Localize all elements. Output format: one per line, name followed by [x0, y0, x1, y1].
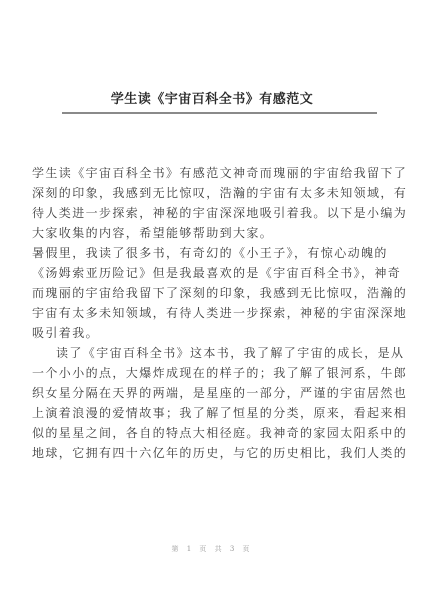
text-line: 读了《宇宙百科全书》这本书，我了解了宇宙的成长，是从 [32, 343, 382, 363]
document-title: 学生读《宇宙百科全书》有感范文 [0, 88, 424, 107]
document-body: 学生读《宇宙百科全书》有感范文神奇而瑰丽的宇宙给我留下了 深刻的印象，我感到无比… [32, 163, 382, 463]
text-line: 深刻的印象，我感到无比惊叹，浩瀚的宇宙有太多未知领域，有 [32, 183, 382, 203]
text-line: 似的星星之间，各自的特点大相径庭。我神奇的家园太阳系中的 [32, 423, 382, 443]
document-page: 学生读《宇宙百科全书》有感范文 学生读《宇宙百科全书》有感范文神奇而瑰丽的宇宙给… [0, 0, 424, 600]
text-line: 地球，它拥有四十六亿年的历史，与它的历史相比，我们人类的 [32, 443, 382, 463]
text-line: 而瑰丽的宇宙给我留下了深刻的印象，我感到无比惊叹，浩瀚的 [32, 283, 382, 303]
page-number-footer: 第 1 页 共 3 页 [0, 544, 424, 554]
paragraph-summer-reading: 暑假里，我读了很多书，有奇幻的《小王子》，有惊心动魄的 《汤姆索亚历险记》但是我… [32, 243, 382, 343]
text-line: 上演着浪漫的爱情故事；我了解了恒星的分类，原来，看起来相 [32, 403, 382, 423]
text-line: 织女星分隔在天界的两端，是星座的一部分，严谨的宇宙居然也 [32, 383, 382, 403]
text-line: 《汤姆索亚历险记》但是我最喜欢的是《宇宙百科全书》，神奇 [32, 263, 382, 283]
text-line: 待人类进一步探索，神秘的宇宙深深地吸引着我。以下是小编为 [32, 203, 382, 223]
text-line: 暑假里，我读了很多书，有奇幻的《小王子》，有惊心动魄的 [32, 243, 382, 263]
text-line: 大家收集的内容，希望能够帮助到大家。 [32, 223, 382, 243]
title-divider [62, 112, 377, 114]
paragraph-intro: 学生读《宇宙百科全书》有感范文神奇而瑰丽的宇宙给我留下了 深刻的印象，我感到无比… [32, 163, 382, 243]
text-line: 一个小小的点，大爆炸成现在的样子的；我了解了银河系，牛郎 [32, 363, 382, 383]
text-line: 吸引着我。 [32, 323, 382, 343]
paragraph-book-content: 读了《宇宙百科全书》这本书，我了解了宇宙的成长，是从 一个小小的点，大爆炸成现在… [32, 343, 382, 463]
text-line: 宇宙有太多未知领域，有待人类进一步探索，神秘的宇宙深深地 [32, 303, 382, 323]
text-line: 学生读《宇宙百科全书》有感范文神奇而瑰丽的宇宙给我留下了 [32, 163, 382, 183]
